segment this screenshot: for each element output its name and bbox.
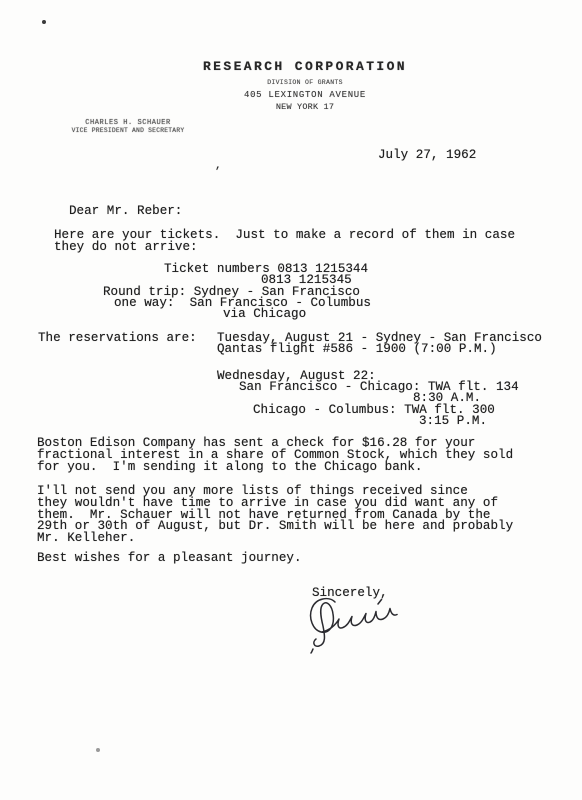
para1-line: they do not arrive: <box>54 241 198 254</box>
para2-line: for you. I'm sending it along to the Chi… <box>37 461 422 474</box>
para3-line: Mr. Kelleher. <box>37 532 135 545</box>
scan-speck <box>96 748 100 752</box>
reservation-time: 3:15 P.M. <box>419 415 487 428</box>
letterhead: RESEARCH CORPORATION DIVISION OF GRANTS … <box>28 0 582 115</box>
ticket-route-line: via Chicago <box>223 308 306 321</box>
officer-title: VICE PRESIDENT AND SECRETARY <box>60 127 196 134</box>
scan-mark-comma: , <box>215 160 222 173</box>
salutation: Dear Mr. Reber: <box>69 205 182 218</box>
date-line: July 27, 1962 <box>378 149 476 162</box>
company-name: RESEARCH CORPORATION <box>28 59 582 74</box>
scanned-letter-page: , RESEARCH CORPORATION DIVISION OF GRANT… <box>0 0 582 800</box>
signature-handwriting <box>299 596 401 656</box>
address-line: 405 LEXINGTON AVENUE <box>28 90 582 100</box>
reservations-label: The reservations are: <box>38 332 197 345</box>
city-line: NEW YORK 17 <box>28 102 582 112</box>
officer-name: CHARLES H. SCHAUER <box>60 119 196 127</box>
division-line: DIVISION OF GRANTS <box>28 79 582 86</box>
closing-line: Best wishes for a pleasant journey. <box>37 552 302 565</box>
reservation-line: Qantas flight #586 - 1900 (7:00 P.M.) <box>217 343 497 356</box>
